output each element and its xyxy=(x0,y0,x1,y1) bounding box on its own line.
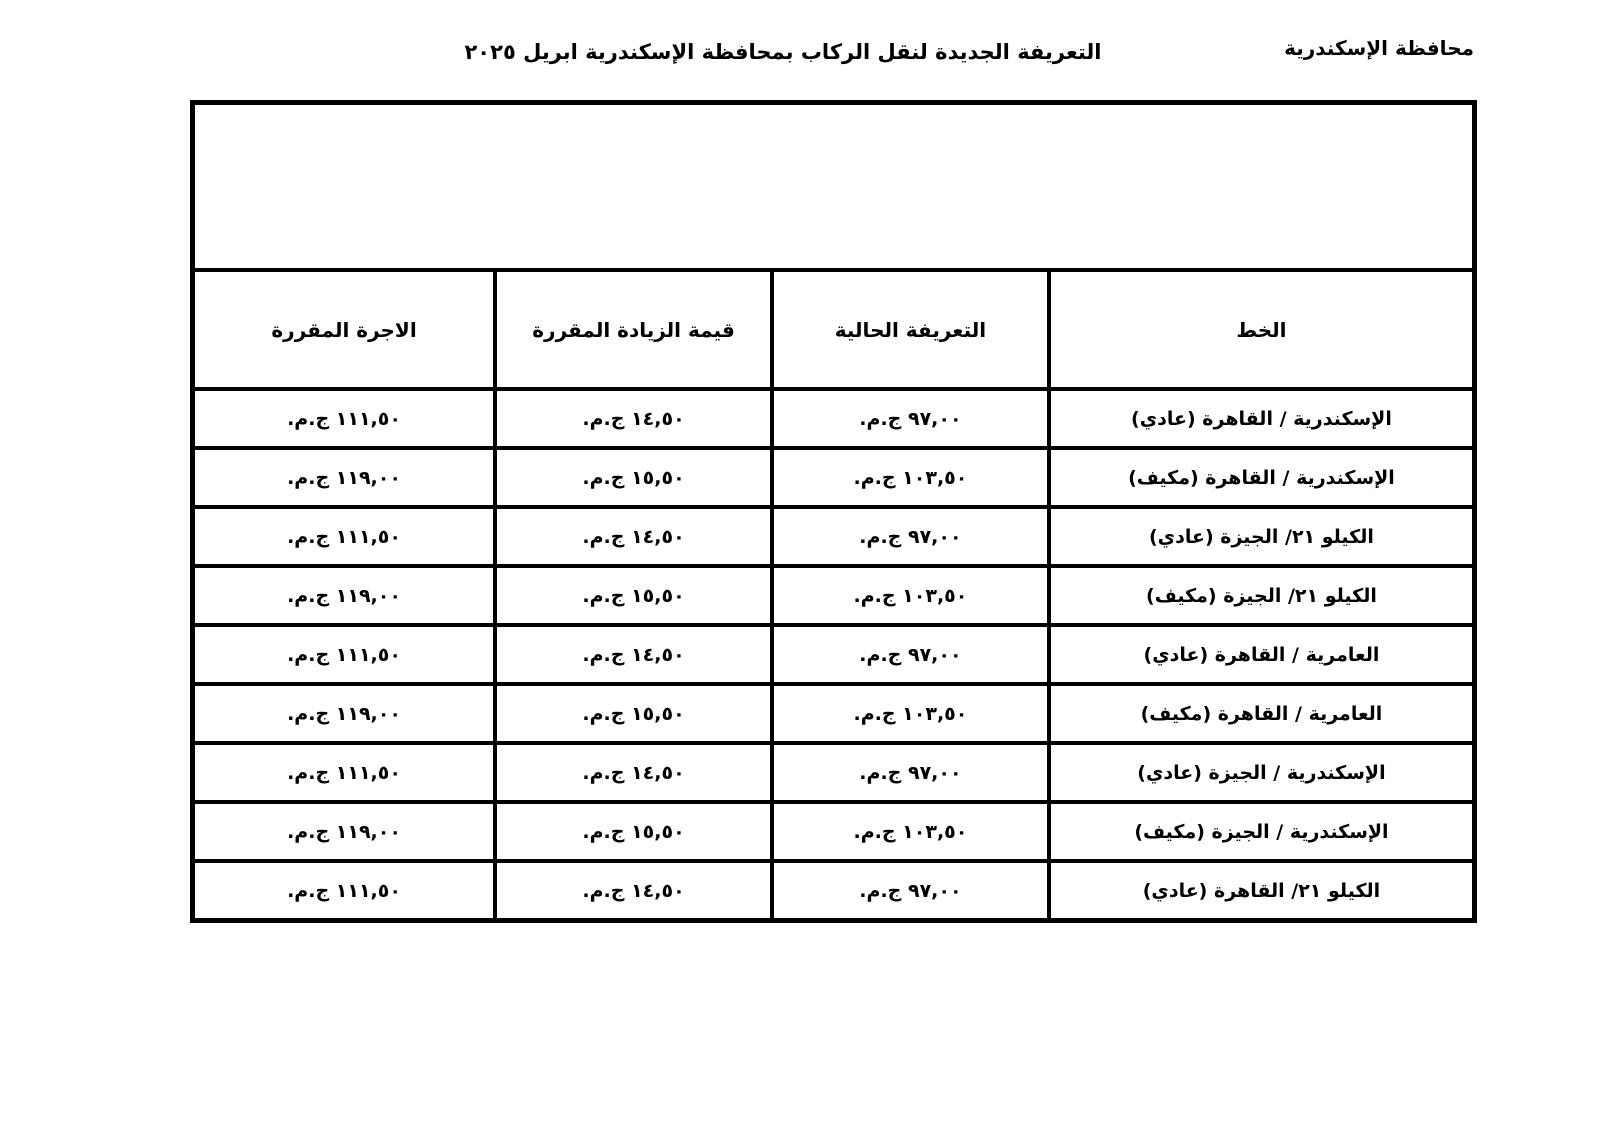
column-header-increase: قيمة الزيادة المقررة xyxy=(495,270,772,389)
cell-fare: ١١١,٥٠ ج.م. xyxy=(193,625,496,684)
table-row: الإسكندرية / الجيزة (مكيف) ١٠٣,٥٠ ج.م. ١… xyxy=(193,802,1475,861)
cell-line: الإسكندرية / القاهرة (مكيف) xyxy=(1049,448,1475,507)
column-header-current: التعريفة الحالية xyxy=(772,270,1049,389)
cell-line: الكيلو ٢١/ القاهرة (عادي) xyxy=(1049,861,1475,921)
cell-increase: ١٤,٥٠ ج.م. xyxy=(495,743,772,802)
table-row: الكيلو ٢١/ الجيزة (مكيف) ١٠٣,٥٠ ج.م. ١٥,… xyxy=(193,566,1475,625)
table-top-spacer-row xyxy=(193,103,1475,271)
cell-increase: ١٥,٥٠ ج.م. xyxy=(495,566,772,625)
cell-increase: ١٥,٥٠ ج.م. xyxy=(495,684,772,743)
column-header-fare: الاجرة المقررة xyxy=(193,270,496,389)
cell-fare: ١١١,٥٠ ج.م. xyxy=(193,861,496,921)
cell-line: الإسكندرية / الجيزة (مكيف) xyxy=(1049,802,1475,861)
document-page: محافظة الإسكندرية التعريفة الجديدة لنقل … xyxy=(0,0,1600,1131)
cell-fare: ١١٩,٠٠ ج.م. xyxy=(193,684,496,743)
cell-current: ٩٧,٠٠ ج.م. xyxy=(772,743,1049,802)
cell-fare: ١١١,٥٠ ج.م. xyxy=(193,507,496,566)
table-header-row: الخط التعريفة الحالية قيمة الزيادة المقر… xyxy=(193,270,1475,389)
cell-fare: ١١١,٥٠ ج.م. xyxy=(193,743,496,802)
cell-current: ١٠٣,٥٠ ج.م. xyxy=(772,684,1049,743)
table-row: العامرية / القاهرة (عادي) ٩٧,٠٠ ج.م. ١٤,… xyxy=(193,625,1475,684)
cell-line: العامرية / القاهرة (مكيف) xyxy=(1049,684,1475,743)
cell-line: الإسكندرية / الجيزة (عادي) xyxy=(1049,743,1475,802)
cell-current: ٩٧,٠٠ ج.م. xyxy=(772,507,1049,566)
cell-current: ٩٧,٠٠ ج.م. xyxy=(772,861,1049,921)
cell-increase: ١٥,٥٠ ج.م. xyxy=(495,448,772,507)
cell-increase: ١٤,٥٠ ج.م. xyxy=(495,861,772,921)
cell-line: العامرية / القاهرة (عادي) xyxy=(1049,625,1475,684)
cell-current: ١٠٣,٥٠ ج.م. xyxy=(772,448,1049,507)
cell-increase: ١٤,٥٠ ج.م. xyxy=(495,507,772,566)
table-row: الإسكندرية / الجيزة (عادي) ٩٧,٠٠ ج.م. ١٤… xyxy=(193,743,1475,802)
table-row: الكيلو ٢١/ القاهرة (عادي) ٩٧,٠٠ ج.م. ١٤,… xyxy=(193,861,1475,921)
cell-current: ٩٧,٠٠ ج.م. xyxy=(772,389,1049,448)
table-row: الإسكندرية / القاهرة (عادي) ٩٧,٠٠ ج.م. ١… xyxy=(193,389,1475,448)
cell-line: الكيلو ٢١/ الجيزة (عادي) xyxy=(1049,507,1475,566)
cell-line: الإسكندرية / القاهرة (عادي) xyxy=(1049,389,1475,448)
cell-fare: ١١٩,٠٠ ج.م. xyxy=(193,566,496,625)
cell-line: الكيلو ٢١/ الجيزة (مكيف) xyxy=(1049,566,1475,625)
cell-fare: ١١٩,٠٠ ج.م. xyxy=(193,448,496,507)
document-title: التعريفة الجديدة لنقل الركاب بمحافظة الإ… xyxy=(464,40,1101,64)
empty-merged-cell xyxy=(193,103,1475,271)
tariff-table-container: الخط التعريفة الحالية قيمة الزيادة المقر… xyxy=(190,100,1477,923)
cell-fare: ١١٩,٠٠ ج.م. xyxy=(193,802,496,861)
cell-fare: ١١١,٥٠ ج.م. xyxy=(193,389,496,448)
table-row: الكيلو ٢١/ الجيزة (عادي) ٩٧,٠٠ ج.م. ١٤,٥… xyxy=(193,507,1475,566)
table-row: العامرية / القاهرة (مكيف) ١٠٣,٥٠ ج.م. ١٥… xyxy=(193,684,1475,743)
cell-increase: ١٥,٥٠ ج.م. xyxy=(495,802,772,861)
governorate-label: محافظة الإسكندرية xyxy=(1284,36,1474,60)
cell-current: ١٠٣,٥٠ ج.م. xyxy=(772,802,1049,861)
table-row: الإسكندرية / القاهرة (مكيف) ١٠٣,٥٠ ج.م. … xyxy=(193,448,1475,507)
cell-increase: ١٤,٥٠ ج.م. xyxy=(495,389,772,448)
column-header-line: الخط xyxy=(1049,270,1475,389)
cell-current: ٩٧,٠٠ ج.م. xyxy=(772,625,1049,684)
cell-increase: ١٤,٥٠ ج.م. xyxy=(495,625,772,684)
tariff-table: الخط التعريفة الحالية قيمة الزيادة المقر… xyxy=(190,100,1477,923)
cell-current: ١٠٣,٥٠ ج.م. xyxy=(772,566,1049,625)
